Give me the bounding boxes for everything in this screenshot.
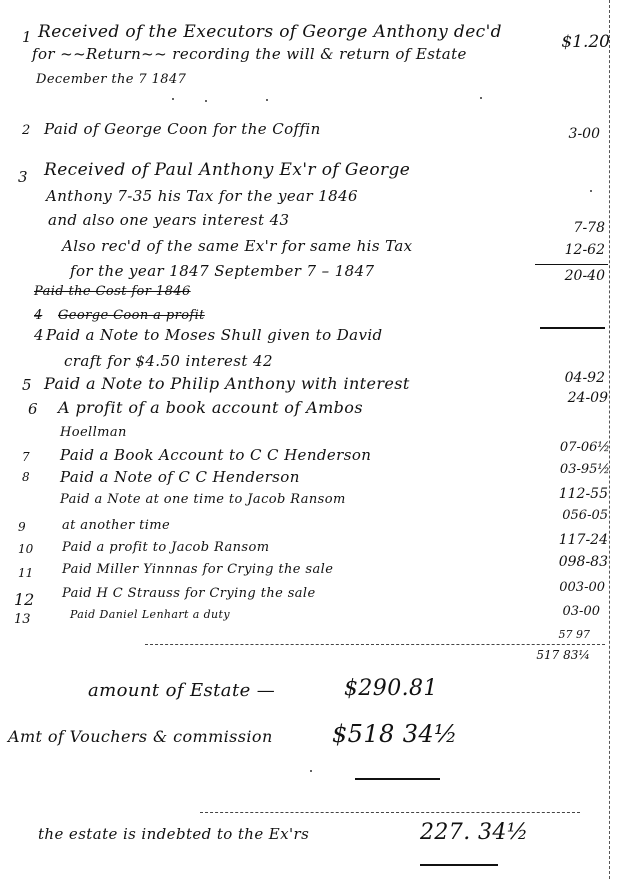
entry-3-line-4: Also rec'd of the same Ex'r for same his…: [62, 237, 413, 255]
struck-entry-4-number: 4: [34, 308, 42, 323]
scan-speck: [172, 98, 174, 100]
entry-note-amount: 056-05: [528, 508, 608, 523]
entry-5-line-1: Paid a Note to Philip Anthony with inter…: [44, 374, 410, 393]
entry-3-line-5: for the year 1847 September 7 – 1847: [70, 262, 374, 280]
entry-4-number: 4: [34, 326, 44, 344]
entry-4-amount: 04-92: [525, 370, 605, 386]
entry-6-line-2: Hoellman: [60, 425, 127, 440]
entry-10-line-1: Paid a profit to Jacob Ransom: [62, 540, 269, 555]
scan-speck: [480, 97, 482, 99]
entry-11-amount: 003-00: [525, 580, 605, 595]
entry-1-line-3: December the 7 1847: [36, 72, 186, 87]
indebted-underline: [420, 864, 498, 866]
struck-line-1: Paid the Cost for 1846: [34, 284, 191, 299]
entry-6-line-1: A profit of a book account of Ambos: [58, 398, 363, 417]
entry-10-number: 10: [18, 542, 33, 556]
column-total-rule: [145, 644, 605, 645]
entry-13-amount: 57 97: [510, 628, 590, 641]
amount-of-estate-value: $290.81: [344, 676, 438, 701]
entry-2-line-1: Paid of George Coon for the Coffin: [44, 120, 321, 138]
entry-4-line-2: craft for $4.50 interest 42: [64, 352, 273, 370]
entry-10-amount: 098-83: [528, 554, 608, 570]
entry-9-amount: 117-24: [528, 532, 608, 548]
vouchers-underline: [355, 778, 440, 780]
entry-3-line-1: Received of Paul Anthony Ex'r of George: [44, 160, 410, 180]
entry-12-amount: 03-00: [520, 604, 600, 619]
entry-9-number: 9: [18, 520, 26, 534]
struck-line-2: George Coon a profit: [58, 308, 205, 323]
scan-speck: [590, 190, 592, 192]
entry-1-number: 1: [22, 28, 32, 46]
entry-8-line-1: Paid a Note of C C Henderson: [60, 468, 300, 486]
scan-speck: [310, 770, 312, 772]
entry-13-line-1: Paid Daniel Lenhart a duty: [70, 608, 230, 621]
entry-3-amount-2: 12-62: [525, 242, 605, 258]
entry-6-amount: 07-06½: [530, 440, 610, 455]
entry-7-number: 7: [22, 450, 30, 464]
scan-speck: [205, 100, 207, 102]
entry-9-line-1: at another time: [62, 518, 170, 533]
vouchers-label: Amt of Vouchers & commission: [8, 727, 273, 746]
entry-8-number: 8: [22, 470, 30, 484]
entry-5-amount: 24-09: [528, 390, 608, 406]
entry-1-line-2: for ~~Return~~ recording the will & retu…: [32, 45, 467, 63]
indebted-value: 227. 34½: [420, 820, 529, 845]
entry-3-amount-1: 7-78: [525, 220, 605, 236]
ledger-page: 1 Received of the Executors of George An…: [0, 0, 620, 879]
entry-7-amount: 03-95½: [530, 462, 610, 477]
entry-note-line-1: Paid a Note at one time to Jacob Ransom: [60, 492, 346, 507]
struck-amount-mark: [540, 327, 605, 329]
amount-of-estate-label: amount of Estate —: [88, 680, 275, 701]
entry-12-line-1: Paid H C Strauss for Crying the sale: [62, 586, 316, 601]
balance-rule: [200, 812, 580, 813]
entry-2-amount: 3-00: [520, 126, 600, 142]
entry-1-line-1: Received of the Executors of George Anth…: [38, 22, 502, 42]
entry-4-line-1: Paid a Note to Moses Shull given to Davi…: [46, 326, 383, 344]
entry-7-line-1: Paid a Book Account to C C Henderson: [60, 446, 371, 464]
entry-13-number: 13: [14, 612, 31, 627]
entry-11-line-1: Paid Miller Yinnnas for Crying the sale: [62, 562, 333, 577]
entry-3-number: 3: [18, 168, 28, 186]
entry-12-number: 12: [14, 590, 34, 609]
entry-2-number: 2: [22, 123, 30, 138]
entry-8-amount: 112-55: [528, 486, 608, 502]
entry-1-amount: $1.20: [530, 32, 610, 52]
entry-3-line-3: and also one years interest 43: [48, 211, 289, 229]
indebted-label: the estate is indebted to the Ex'rs: [38, 825, 309, 843]
entry-6-number: 6: [28, 400, 38, 418]
column-total: 517 83¼: [510, 648, 590, 662]
entry-3-line-2: Anthony 7-35 his Tax for the year 1846: [46, 187, 358, 205]
entry-3-amount-3: 20-40: [525, 268, 605, 284]
entry-5-number: 5: [22, 376, 32, 394]
subtotal-rule: [535, 264, 608, 265]
vouchers-value: $518 34½: [332, 720, 458, 748]
scan-speck: [266, 99, 268, 101]
entry-11-number: 11: [18, 566, 33, 580]
